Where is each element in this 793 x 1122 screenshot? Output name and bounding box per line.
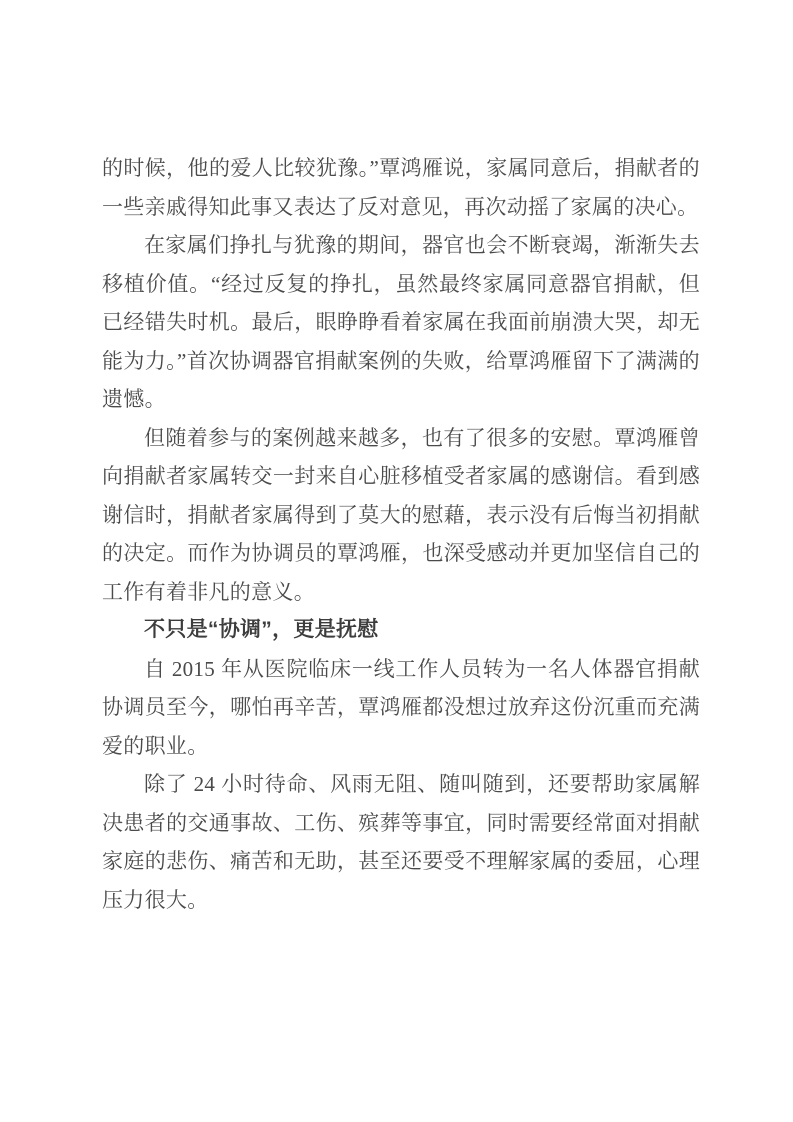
document-page: 的时候，他的爱人比较犹豫。”覃鸿雁说，家属同意后，捐献者的一些亲戚得知此事又表达… — [0, 0, 793, 1122]
paragraph-continuation: 的时候，他的爱人比较犹豫。”覃鸿雁说，家属同意后，捐献者的一些亲戚得知此事又表达… — [102, 149, 700, 226]
paragraph: 除了 24 小时待命、风雨无阻、随叫随到，还要帮助家属解决患者的交通事故、工伤、… — [102, 765, 700, 919]
paragraph: 自 2015 年从医院临床一线工作人员转为一名人体器官捐献协调员至今，哪怕再辛苦… — [102, 650, 700, 766]
section-heading: 不只是“协调”，更是抚慰 — [102, 611, 700, 650]
paragraph: 但随着参与的案例越来越多，也有了很多的安慰。覃鸿雁曾向捐献者家属转交一封来自心脏… — [102, 419, 700, 612]
text-block: 的时候，他的爱人比较犹豫。”覃鸿雁说，家属同意后，捐献者的一些亲戚得知此事又表达… — [102, 149, 700, 919]
paragraph: 在家属们挣扎与犹豫的期间，器官也会不断衰竭，渐渐失去移植价值。“经过反复的挣扎，… — [102, 226, 700, 419]
